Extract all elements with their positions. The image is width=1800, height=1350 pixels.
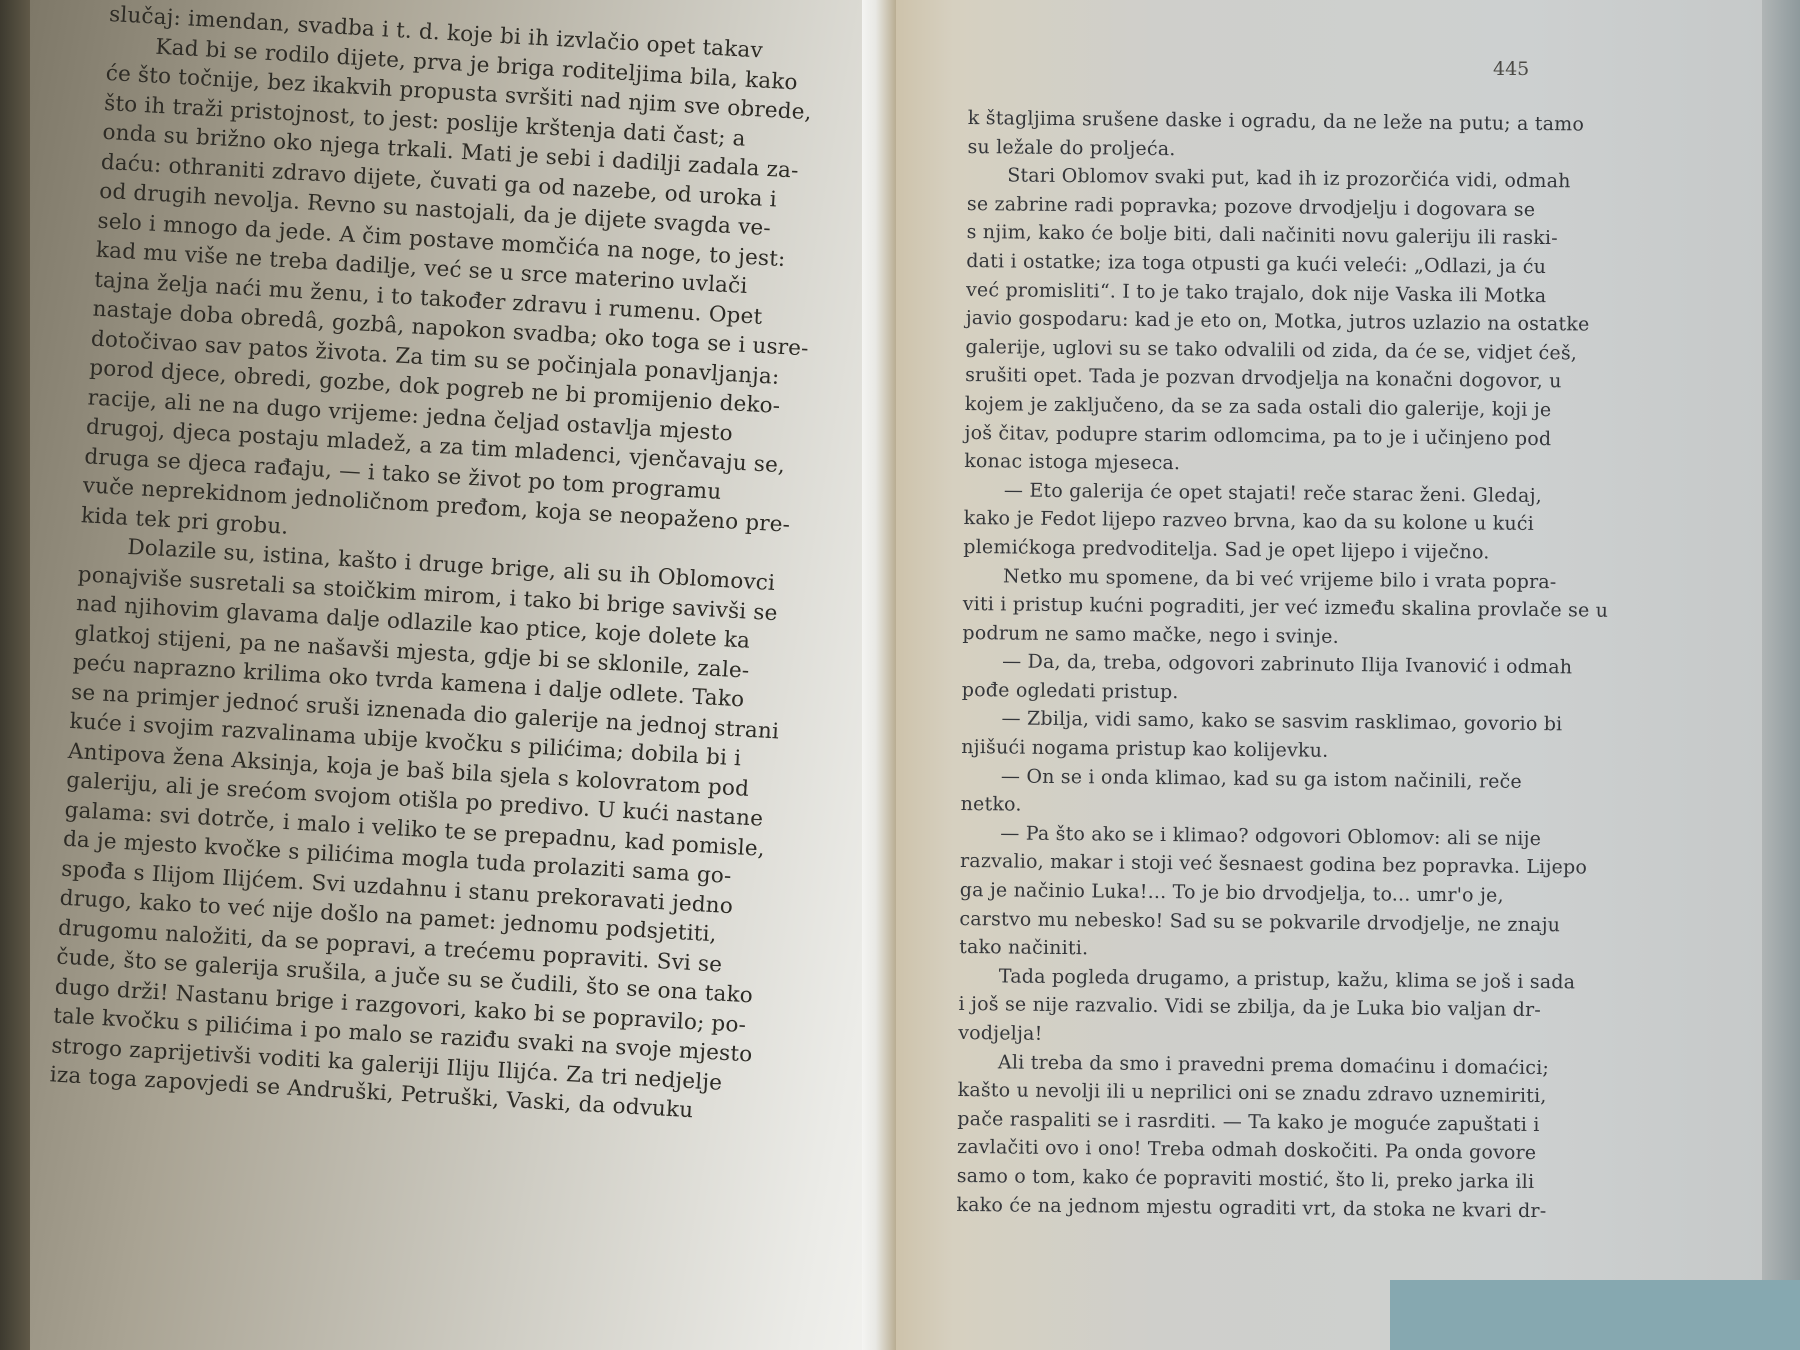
book-gutter (862, 0, 896, 1350)
blue-cloth (1390, 1280, 1800, 1350)
right-page-text: k štagljima srušene daske i ogradu, da n… (956, 104, 1578, 1225)
left-page-text: slučaj: imendan, svadba i t. d. koje bi … (49, 0, 829, 1130)
page-number: 445 (1493, 58, 1529, 80)
page-edge-right (1762, 0, 1800, 1350)
